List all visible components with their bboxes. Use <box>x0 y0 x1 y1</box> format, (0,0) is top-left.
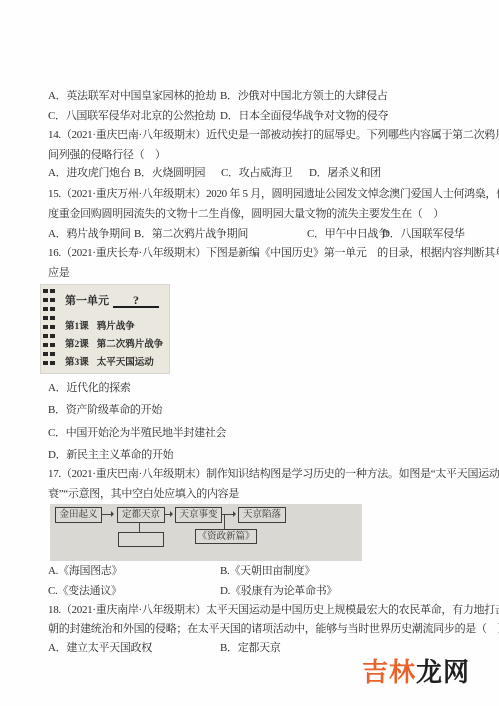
q16-stem-line1: 16.（2021·重庆长寿·八年级期末）下图是新编《中国历史》第一单元 的目录，… <box>48 246 499 260</box>
q15-stem-line1: 15.（2021·重庆万州·八年级期末）2020 年 5 月，圆明园遗址公园发文… <box>48 187 499 201</box>
flow-box-blank <box>118 532 164 547</box>
arrow-head-icon <box>233 511 239 517</box>
q16-option-c: C．中国开始沦为半殖民地半封建社会 <box>48 426 226 440</box>
q18-stem-line1: 18.（2021·重庆南岸·八年级期末）太平天国运动是中国历史上规模最宏大的农民… <box>48 603 499 617</box>
q17-stem-line1: 17.（2021·重庆巴南·八年级期末）制作知识结构图是学习历史的一种方法。如图… <box>48 467 499 481</box>
spiral-binding-icon <box>43 289 48 367</box>
lesson-title: 太平天国运动 <box>97 358 154 368</box>
q17-option-b: B.《天朝田亩制度》 <box>220 564 315 578</box>
arrow-head-icon <box>170 511 176 517</box>
q14-stem-line1: 14.（2021·重庆巴南·八年级期末）近代史是一部被动挨打的屈辱史。下列哪些内… <box>48 128 499 142</box>
q16-option-d: D．新民主主义革命的开始 <box>48 448 173 462</box>
unit-title-row: 第一单元? <box>65 292 159 308</box>
lesson-title: 第二次鸦片战争 <box>97 340 164 350</box>
q16-option-a: A．近代化的探索 <box>48 381 131 395</box>
connector-line <box>224 515 225 529</box>
q17-option-c: C.《变法通议》 <box>48 584 122 598</box>
q14-option-c: C．攻占威海卫 <box>221 166 292 180</box>
q13-option-b: B．沙俄对中国北方领土的大肆侵占 <box>220 89 388 103</box>
exam-paper-page: A．英法联军对中国皇家园林的抢劫 B．沙俄对中国北方领土的大肆侵占 C．八国联军… <box>0 0 499 706</box>
q18-option-b: B．定都天京 <box>220 641 281 655</box>
q17-option-a: A.《海国图志》 <box>48 564 122 578</box>
q16-stem-line2: 应是 <box>48 266 69 280</box>
q13-option-a: A．英法联军对中国皇家园林的抢劫 <box>48 89 216 103</box>
q18-stem-line2: 朝的封建统治和外国的侵略；在太平天国的诸项活动中，能够与当时世界历史潮流同步的是… <box>48 622 499 636</box>
flow-box-tianjing-incident: 天京事变 <box>175 507 222 523</box>
q16-option-b: B．资产阶级革命的开始 <box>48 403 162 417</box>
lesson-no: 第2课 <box>65 340 89 350</box>
q17-option-d: D.《驳康有为论革命书》 <box>220 584 337 598</box>
q14-option-b: B．火烧圆明园 <box>134 166 205 180</box>
lesson-title: 鸦片战争 <box>97 322 135 332</box>
unit-blank: ? <box>113 294 159 308</box>
arrow-head-icon <box>111 511 117 517</box>
spiral-binding-icon <box>50 289 55 367</box>
q15-option-c: C．甲午中日战争 <box>307 227 389 241</box>
watermark-primary: 吉林 <box>362 657 416 687</box>
flow-box-jintian-uprising: 金田起义 <box>55 507 102 523</box>
unit-catalog-figure: 第一单元? 第1课鸦片战争 第2课第二次鸦片战争 第3课太平天国运动 <box>40 284 170 374</box>
q15-option-a: A．鸦片战争期间 <box>48 227 131 241</box>
flow-box-tianjing-fall: 天京陷落 <box>238 507 286 523</box>
q14-stem-line2: 间列强的侵略行径（ ） <box>48 148 166 162</box>
unit-label: 第一单元 <box>65 295 109 307</box>
site-watermark: 吉林龙网 <box>362 652 470 689</box>
lesson-no: 第3课 <box>65 358 89 368</box>
q14-option-a: A．进攻虎门炮台 <box>48 166 131 180</box>
q13-option-d: D．日本全面侵华战争对文物的侵夺 <box>220 109 388 123</box>
q17-stem-line2: 衰”“示意图，其中空白处应填入的内容是 <box>48 487 239 501</box>
flow-box-zizheng-xinpian: 《资政新篇》 <box>195 529 257 544</box>
q15-stem-line2: 度重金回购圆明园流失的文物十二生肖像，圆明园大量文物的流失主要发生在（ ） <box>48 207 444 221</box>
flow-box-capital-tianjing: 定都天京 <box>117 507 165 523</box>
lesson-no: 第1课 <box>65 322 89 332</box>
q15-option-b: B．第二次鸦片战争期间 <box>134 227 248 241</box>
q18-option-a: A．建立太平天国政权 <box>48 641 152 655</box>
lesson-row: 第2课第二次鸦片战争 <box>65 336 163 350</box>
q15-option-d: D．八国联军侵华 <box>382 227 465 241</box>
connector-line <box>139 522 140 532</box>
watermark-secondary: 龙网 <box>416 657 470 687</box>
taiping-flow-diagram: 金田起义 定都天京 天京事变 天京陷落 《资政新篇》 <box>50 504 362 561</box>
lesson-row: 第1课鸦片战争 <box>65 318 135 332</box>
lesson-row: 第3课太平天国运动 <box>65 354 154 368</box>
q14-option-d: D．屠杀义和团 <box>309 166 381 180</box>
q13-option-c: C．八国联军侵华对北京的公然抢劫 <box>48 109 216 123</box>
